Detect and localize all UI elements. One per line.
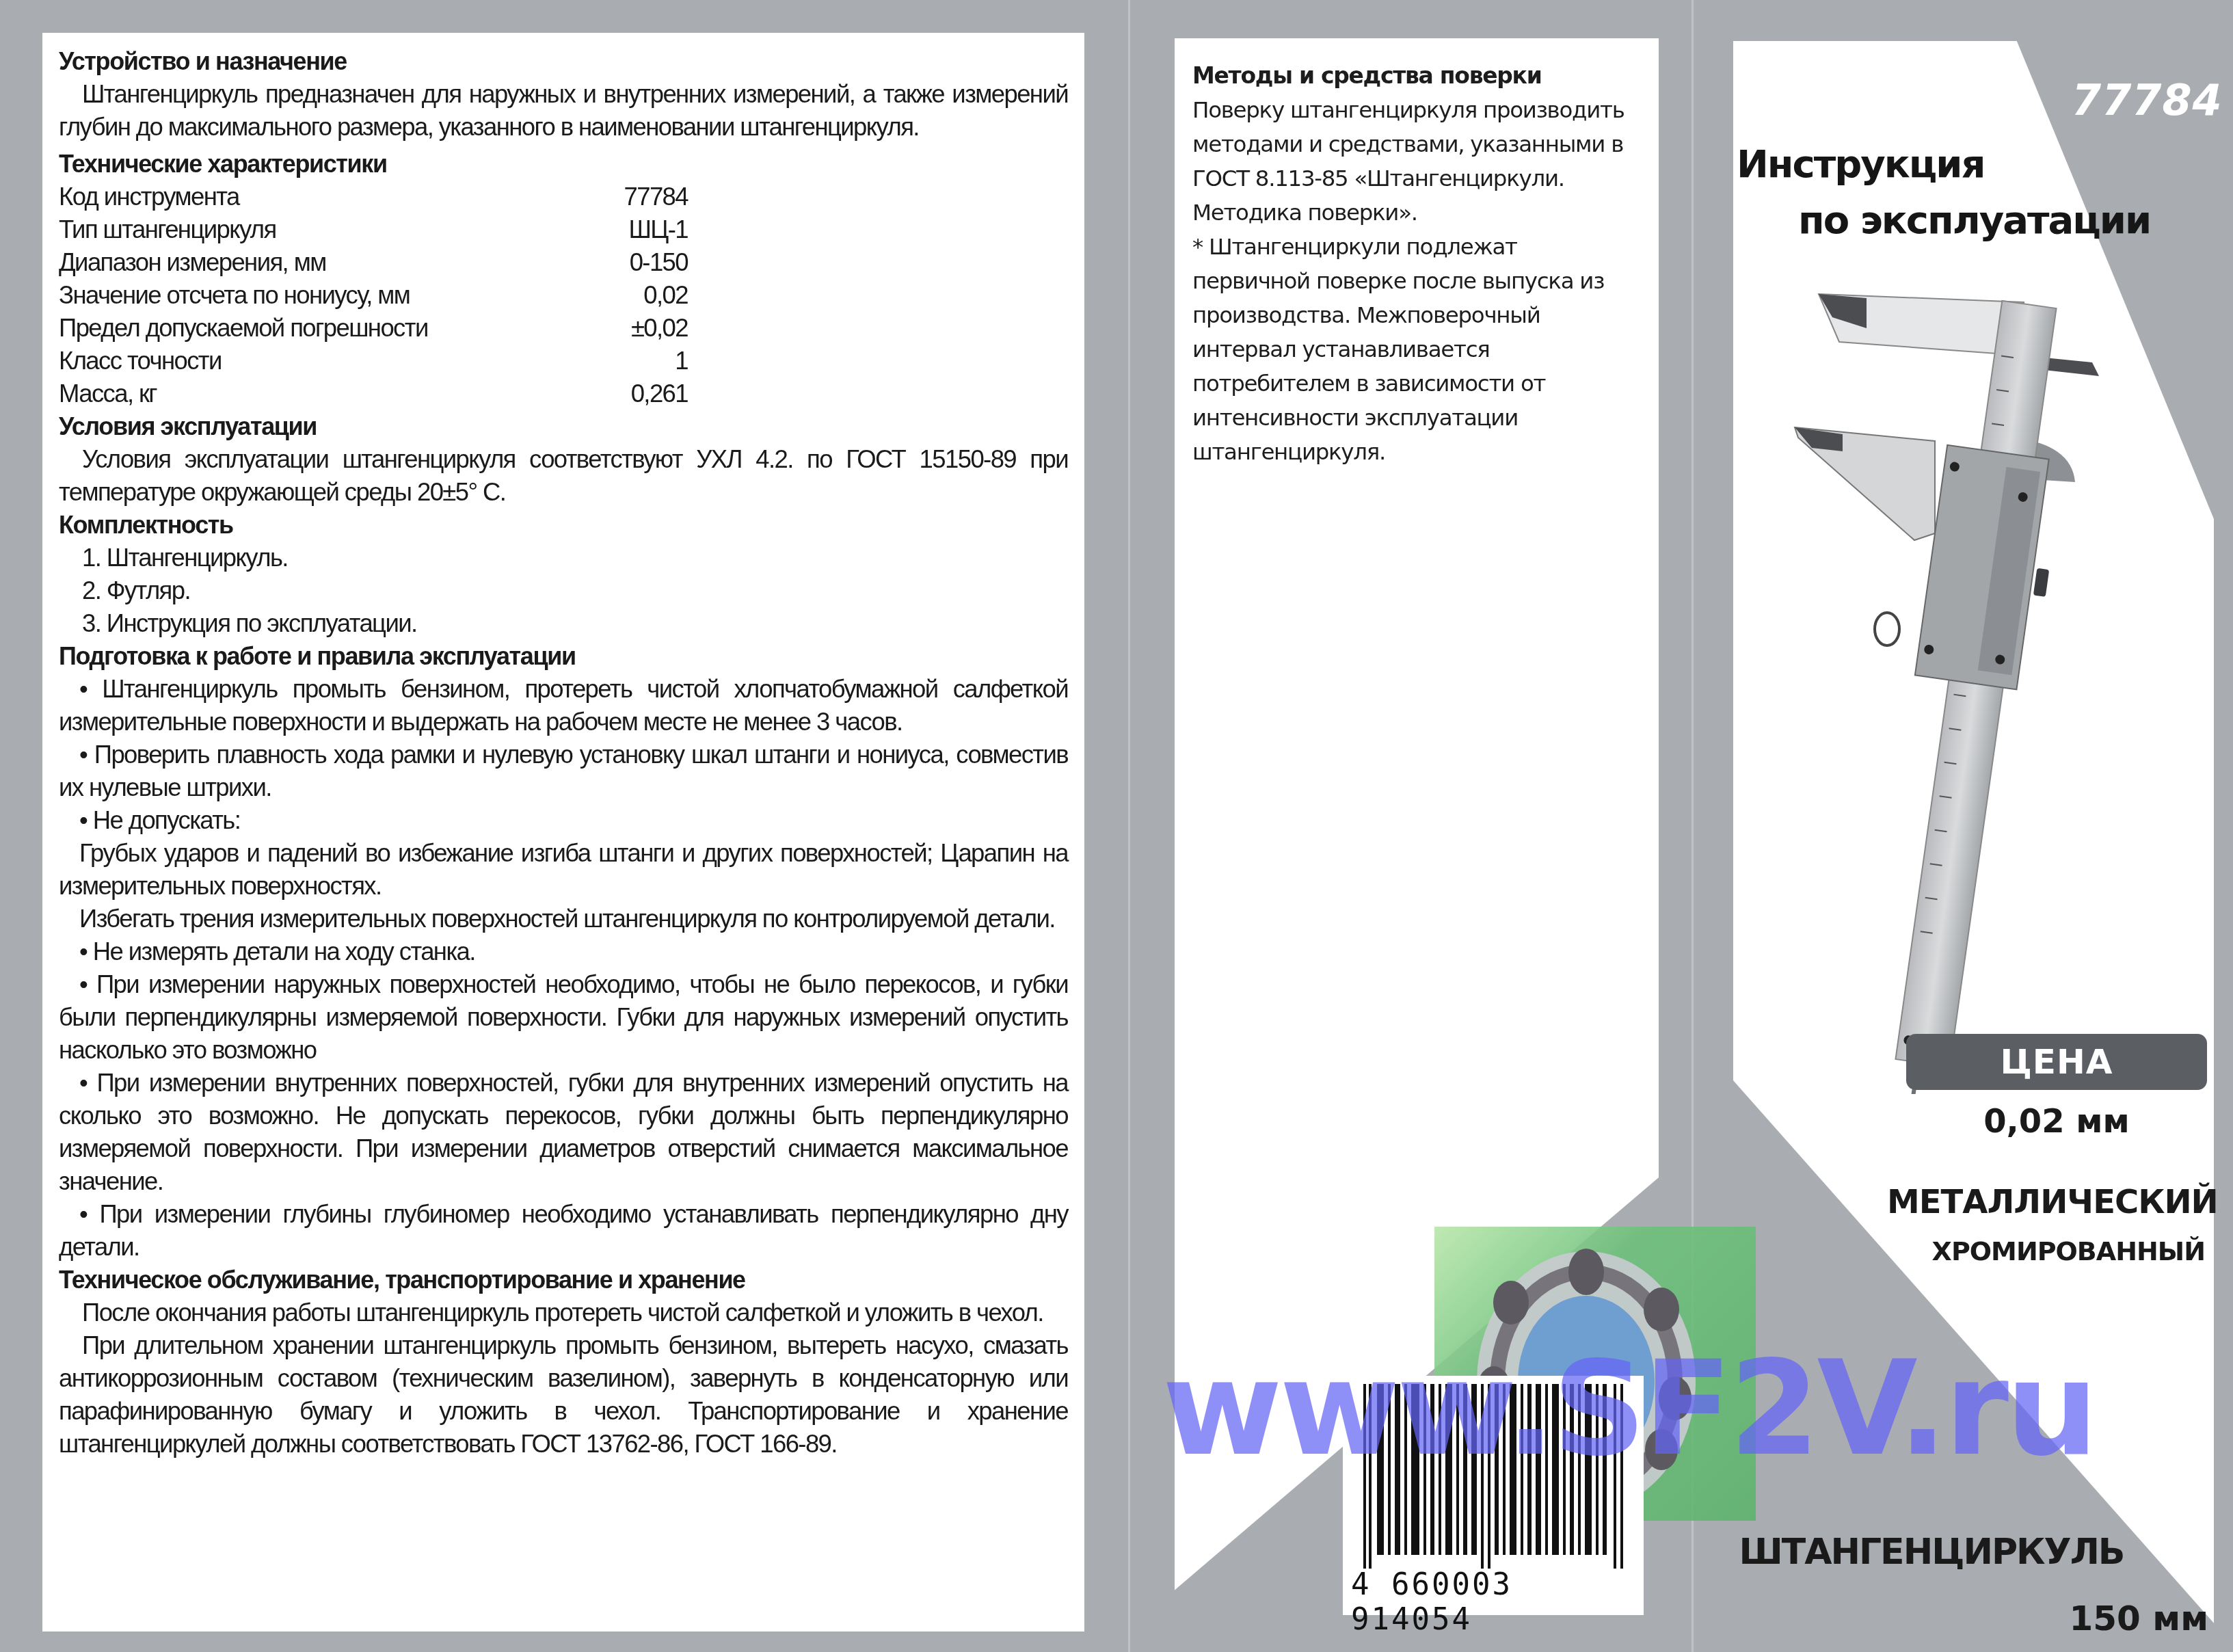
kit-item: 2. Футляр. — [59, 574, 1068, 607]
kit-item: 1. Штангенциркуль. — [59, 542, 1068, 574]
heading-verification: Методы и средства поверки — [1192, 59, 1657, 93]
spec-value: ШЦ-1 — [551, 213, 688, 246]
conditions-text: Условия эксплуатации штангенциркуля соот… — [59, 443, 1068, 509]
verification-line: первичной поверке после выпуска из — [1192, 264, 1657, 298]
spec-value: 77784 — [551, 181, 688, 213]
spec-value: 0,261 — [551, 377, 688, 410]
cover-subtitle: по эксплуатации — [1798, 198, 2150, 243]
verification-line: потребителем в зависимости от — [1192, 367, 1657, 401]
prep-paragraph: • Не допускать: — [59, 804, 1068, 837]
material-label: МЕТАЛЛИЧЕСКИЙ — [1887, 1183, 2208, 1221]
service-paragraph: После окончания работы штангенциркуль пр… — [59, 1296, 1068, 1329]
spec-label: Тип штангенциркуля — [59, 213, 551, 246]
heading-service: Техническое обслуживание, транспортирова… — [59, 1264, 1068, 1296]
spec-label: Класс точности — [59, 345, 551, 377]
prep-paragraph: • Проверить плавность хода рамки и нулев… — [59, 738, 1068, 804]
service-paragraph: При длительном хранении штангенциркуль п… — [59, 1329, 1068, 1461]
spec-value: 0,02 — [551, 279, 688, 312]
watermark-text: www.SF2V.ru — [1162, 1333, 2096, 1484]
instructions-panel: Устройство и назначение Штангенциркуль п… — [42, 33, 1084, 1631]
verification-text: Методы и средства поверки Поверку штанге… — [1192, 59, 1657, 469]
purpose-text: Штангенциркуль предназначен для наружных… — [59, 78, 1068, 144]
spec-label: Масса, кг — [59, 377, 551, 410]
barcode-number: 4 660003 914054 — [1351, 1567, 1638, 1637]
spec-value: ±0,02 — [551, 312, 688, 345]
spec-value: 1 — [551, 345, 688, 377]
prep-paragraph: Избегать трения измерительных поверхност… — [59, 903, 1068, 935]
heading-conditions: Условия эксплуатации — [59, 410, 1068, 443]
product-size: 150 мм — [2024, 1599, 2208, 1638]
product-code: 77784 — [2072, 75, 2223, 125]
fold-line — [1128, 0, 1130, 1652]
prep-paragraph: • При измерении глубины глубиномер необх… — [59, 1198, 1068, 1264]
kit-item: 3. Инструкция по эксплуатации. — [59, 607, 1068, 640]
verification-line: методами и средствами, указанными в — [1192, 127, 1657, 161]
spec-label: Значение отсчета по нониусу, мм — [59, 279, 551, 312]
product-name: ШТАНГЕНЦИРКУЛЬ — [1733, 1532, 2130, 1573]
finish-label: ХРОМИРОВАННЫЙ — [1887, 1236, 2205, 1266]
heading-purpose: Устройство и назначение — [59, 45, 1068, 78]
verification-line: штангенциркуля. — [1192, 435, 1657, 469]
division-badge: ЦЕНА ДЕЛЕНИЯ — [1906, 1034, 2207, 1090]
spec-value: 0-150 — [551, 246, 688, 279]
division-value: 0,02 мм — [1906, 1102, 2207, 1141]
spec-label: Код инструмента — [59, 181, 551, 213]
verification-line: * Штангенциркули подлежат — [1192, 230, 1657, 264]
prep-paragraph: Грубых ударов и падений во избежание изг… — [59, 837, 1068, 903]
vernier-caliper-icon — [1750, 274, 2133, 1094]
verification-line: Методика поверки». — [1192, 196, 1657, 230]
verification-line: интенсивности эксплуатации — [1192, 401, 1657, 435]
prep-paragraph: • При измерении внутренних поверхностей,… — [59, 1067, 1068, 1198]
verification-line: ГОСТ 8.113-85 «Штангенциркули. — [1192, 161, 1657, 196]
spec-label: Предел допускаемой погрешности — [59, 312, 551, 345]
verification-line: интервал устанавливается — [1192, 332, 1657, 367]
prep-paragraph: • При измерении наружных поверхностей не… — [59, 968, 1068, 1067]
prep-paragraph: • Штангенциркуль промыть бензином, проте… — [59, 673, 1068, 738]
prep-paragraph: • Не измерять детали на ходу станка. — [59, 935, 1068, 968]
spec-label: Диапазон измерения, мм — [59, 246, 551, 279]
heading-specs: Технические характеристики — [59, 148, 1068, 181]
cover-title: Инструкция — [1737, 142, 1985, 187]
heading-prep: Подготовка к работе и правила эксплуатац… — [59, 640, 1068, 673]
specs-table: Код инструмента 77784 Тип штангенциркуля… — [59, 181, 1068, 410]
verification-line: Поверку штангенциркуля производить — [1192, 93, 1657, 127]
heading-kit: Комплектность — [59, 509, 1068, 542]
verification-line: производства. Межповерочный — [1192, 298, 1657, 332]
